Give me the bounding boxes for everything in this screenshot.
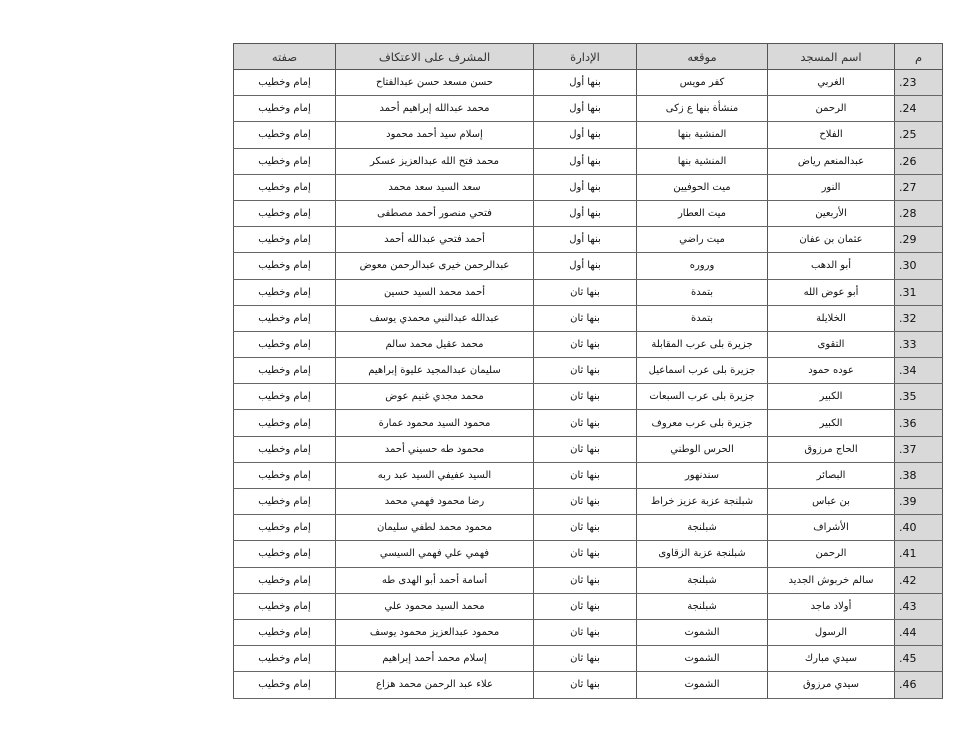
table-row: إمام وخطيبعلاء عبد الرحمن محمد هزاعبنها … [234, 672, 943, 698]
cell-mosque: أولاد ماجد [768, 593, 895, 619]
cell-location: جزيرة بلى عرب اسماعيل [637, 358, 768, 384]
cell-mosque: الكبير [768, 410, 895, 436]
cell-role: إمام وخطيب [234, 462, 336, 488]
cell-role: إمام وخطيب [234, 174, 336, 200]
cell-mosque: أبو عوض الله [768, 279, 895, 305]
cell-supervisor: عبدالله عبدالنبي محمدي يوسف [336, 305, 534, 331]
cell-num: .37 [895, 436, 943, 462]
cell-supervisor: سعد السيد سعد محمد [336, 174, 534, 200]
cell-num: .39 [895, 489, 943, 515]
cell-mosque: سيدي مرزوق [768, 672, 895, 698]
table-row: إمام وخطيبأحمد محمد السيد حسينبنها ثانبت… [234, 279, 943, 305]
table-row: إمام وخطيبمحمد فتح الله عبدالعزيز عسكربن… [234, 148, 943, 174]
table-row: إمام وخطيبإسلام سيد أحمد محمودبنها أولال… [234, 122, 943, 148]
cell-mosque: بن عباس [768, 489, 895, 515]
cell-administration: بنها ثان [534, 619, 637, 645]
table-row: إمام وخطيبسعد السيد سعد محمدبنها أولميت … [234, 174, 943, 200]
cell-administration: بنها ثان [534, 436, 637, 462]
cell-num: .34 [895, 358, 943, 384]
cell-num: .41 [895, 541, 943, 567]
cell-location: جزيرة بلى عرب المقابلة [637, 331, 768, 357]
cell-num: .29 [895, 227, 943, 253]
cell-location: جزيرة بلى عرب السبعات [637, 384, 768, 410]
mosques-table: صفته المشرف على الاعتكاف الإدارة موقعه ا… [233, 43, 943, 699]
cell-supervisor: رضا محمود فهمي محمد [336, 489, 534, 515]
cell-administration: بنها ثان [534, 279, 637, 305]
table-row: إمام وخطيبإسلام محمد أحمد إبراهيمبنها ثا… [234, 646, 943, 672]
cell-supervisor: محمد عقيل محمد سالم [336, 331, 534, 357]
cell-location: شبلنجة [637, 593, 768, 619]
cell-administration: بنها ثان [534, 567, 637, 593]
cell-role: إمام وخطيب [234, 515, 336, 541]
cell-administration: بنها ثان [534, 646, 637, 672]
cell-mosque: عثمان بن عفان [768, 227, 895, 253]
cell-num: .25 [895, 122, 943, 148]
cell-role: إمام وخطيب [234, 672, 336, 698]
cell-mosque: الفلاح [768, 122, 895, 148]
table-row: إمام وخطيبفهمي علي فهمي السيسيبنها ثانشب… [234, 541, 943, 567]
cell-role: إمام وخطيب [234, 122, 336, 148]
cell-num: .24 [895, 96, 943, 122]
cell-role: إمام وخطيب [234, 253, 336, 279]
cell-num: .42 [895, 567, 943, 593]
cell-location: المنشية بنها [637, 122, 768, 148]
header-supervisor: المشرف على الاعتكاف [336, 44, 534, 70]
cell-supervisor: السيد عفيفي السيد عبد ربه [336, 462, 534, 488]
header-row: صفته المشرف على الاعتكاف الإدارة موقعه ا… [234, 44, 943, 70]
cell-num: .36 [895, 410, 943, 436]
cell-location: شبلنجة عزبة الزقاوى [637, 541, 768, 567]
cell-administration: بنها ثان [534, 384, 637, 410]
cell-mosque: الكبير [768, 384, 895, 410]
cell-location: وروره [637, 253, 768, 279]
table-row: إمام وخطيبمحمد مجدي غنيم عوضبنها ثانجزير… [234, 384, 943, 410]
cell-supervisor: فهمي علي فهمي السيسي [336, 541, 534, 567]
cell-mosque: النور [768, 174, 895, 200]
cell-location: الشموت [637, 619, 768, 645]
cell-administration: بنها أول [534, 227, 637, 253]
cell-location: سندنهور [637, 462, 768, 488]
cell-mosque: الأربعين [768, 200, 895, 226]
cell-num: .46 [895, 672, 943, 698]
cell-num: .28 [895, 200, 943, 226]
cell-supervisor: فتحي منصور أحمد مصطفى [336, 200, 534, 226]
cell-mosque: التقوى [768, 331, 895, 357]
cell-num: .40 [895, 515, 943, 541]
cell-supervisor: محمد مجدي غنيم عوض [336, 384, 534, 410]
cell-mosque: سيدي مبارك [768, 646, 895, 672]
cell-supervisor: إسلام سيد أحمد محمود [336, 122, 534, 148]
cell-role: إمام وخطيب [234, 646, 336, 672]
table-row: إمام وخطيبمحمد عقيل محمد سالمبنها ثانجزي… [234, 331, 943, 357]
table-row: إمام وخطيبأحمد فتحي عبدالله أحمدبنها أول… [234, 227, 943, 253]
table-row: إمام وخطيبمحمود طه حسيني أحمدبنها ثانالح… [234, 436, 943, 462]
table-row: إمام وخطيبحسن مسعد حسن عبدالفتاحبنها أول… [234, 70, 943, 96]
cell-administration: بنها أول [534, 174, 637, 200]
table-body: إمام وخطيبحسن مسعد حسن عبدالفتاحبنها أول… [234, 70, 943, 699]
cell-mosque: الخلايلة [768, 305, 895, 331]
cell-num: .44 [895, 619, 943, 645]
cell-num: .35 [895, 384, 943, 410]
cell-mosque: عبدالمنعم رياض [768, 148, 895, 174]
table-row: إمام وخطيبفتحي منصور أحمد مصطفىبنها أولم… [234, 200, 943, 226]
header-num: م [895, 44, 943, 70]
cell-mosque: أبو الدهب [768, 253, 895, 279]
cell-mosque: البصائر [768, 462, 895, 488]
table-row: إمام وخطيبمحمد عبدالله إبراهيم أحمدبنها … [234, 96, 943, 122]
cell-supervisor: محمود عبدالعزيز محمود يوسف [336, 619, 534, 645]
cell-administration: بنها أول [534, 96, 637, 122]
cell-administration: بنها أول [534, 148, 637, 174]
cell-administration: بنها ثان [534, 410, 637, 436]
cell-role: إمام وخطيب [234, 200, 336, 226]
cell-num: .23 [895, 70, 943, 96]
cell-role: إمام وخطيب [234, 305, 336, 331]
cell-role: إمام وخطيب [234, 567, 336, 593]
cell-supervisor: محمد فتح الله عبدالعزيز عسكر [336, 148, 534, 174]
cell-location: شبلنجة [637, 567, 768, 593]
table-row: إمام وخطيبرضا محمود فهمي محمدبنها ثانشبل… [234, 489, 943, 515]
cell-administration: بنها أول [534, 200, 637, 226]
header-role: صفته [234, 44, 336, 70]
cell-location: ميت راضي [637, 227, 768, 253]
cell-supervisor: علاء عبد الرحمن محمد هزاع [336, 672, 534, 698]
cell-role: إمام وخطيب [234, 384, 336, 410]
cell-supervisor: محمود السيد محمود عمارة [336, 410, 534, 436]
cell-administration: بنها ثان [534, 358, 637, 384]
cell-num: .32 [895, 305, 943, 331]
cell-mosque: عوده حمود [768, 358, 895, 384]
table-row: إمام وخطيبمحمد السيد محمود عليبنها ثانشب… [234, 593, 943, 619]
cell-mosque: الرحمن [768, 541, 895, 567]
cell-location: شبلنجة عزبة عزيز خراط [637, 489, 768, 515]
header-mosque: اسم المسجد [768, 44, 895, 70]
cell-location: بتمدة [637, 305, 768, 331]
cell-administration: بنها أول [534, 122, 637, 148]
table-row: إمام وخطيبأسامة أحمد أبو الهدى طهبنها ثا… [234, 567, 943, 593]
table-row: إمام وخطيبسليمان عبدالمجيد عليوة إبراهيم… [234, 358, 943, 384]
cell-supervisor: أحمد محمد السيد حسين [336, 279, 534, 305]
cell-role: إمام وخطيب [234, 279, 336, 305]
table-row: إمام وخطيبالسيد عفيفي السيد عبد ربهبنها … [234, 462, 943, 488]
cell-num: .31 [895, 279, 943, 305]
cell-supervisor: محمد عبدالله إبراهيم أحمد [336, 96, 534, 122]
cell-role: إمام وخطيب [234, 358, 336, 384]
cell-supervisor: أحمد فتحي عبدالله أحمد [336, 227, 534, 253]
cell-supervisor: حسن مسعد حسن عبدالفتاح [336, 70, 534, 96]
cell-location: منشأة بنها ع زكى [637, 96, 768, 122]
cell-administration: بنها ثان [534, 305, 637, 331]
cell-role: إمام وخطيب [234, 70, 336, 96]
table-row: إمام وخطيبمحمود السيد محمود عمارةبنها ثا… [234, 410, 943, 436]
cell-location: جزيرة بلى عرب معروف [637, 410, 768, 436]
cell-administration: بنها ثان [534, 672, 637, 698]
cell-administration: بنها ثان [534, 541, 637, 567]
cell-role: إمام وخطيب [234, 148, 336, 174]
cell-num: .33 [895, 331, 943, 357]
cell-supervisor: عبدالرحمن خيرى عبدالرحمن معوض [336, 253, 534, 279]
cell-supervisor: محمود طه حسيني أحمد [336, 436, 534, 462]
cell-mosque: الأشراف [768, 515, 895, 541]
cell-mosque: الرسول [768, 619, 895, 645]
cell-administration: بنها ثان [534, 462, 637, 488]
cell-role: إمام وخطيب [234, 96, 336, 122]
cell-location: الحرس الوطني [637, 436, 768, 462]
cell-mosque: الحاج مرزوق [768, 436, 895, 462]
cell-mosque: الرحمن [768, 96, 895, 122]
cell-supervisor: محمود محمد لطفي سليمان [336, 515, 534, 541]
cell-role: إمام وخطيب [234, 436, 336, 462]
cell-location: المنشية بنها [637, 148, 768, 174]
cell-location: ميت العطار [637, 200, 768, 226]
cell-administration: بنها ثان [534, 515, 637, 541]
cell-role: إمام وخطيب [234, 489, 336, 515]
cell-supervisor: أسامة أحمد أبو الهدى طه [336, 567, 534, 593]
header-administration: الإدارة [534, 44, 637, 70]
table-row: إمام وخطيبمحمود عبدالعزيز محمود يوسفبنها… [234, 619, 943, 645]
cell-role: إمام وخطيب [234, 227, 336, 253]
cell-administration: بنها أول [534, 70, 637, 96]
cell-location: الشموت [637, 672, 768, 698]
cell-administration: بنها ثان [534, 331, 637, 357]
cell-num: .43 [895, 593, 943, 619]
cell-role: إمام وخطيب [234, 410, 336, 436]
cell-supervisor: سليمان عبدالمجيد عليوة إبراهيم [336, 358, 534, 384]
cell-supervisor: محمد السيد محمود علي [336, 593, 534, 619]
cell-mosque: الغربي [768, 70, 895, 96]
cell-role: إمام وخطيب [234, 619, 336, 645]
table-row: إمام وخطيبعبدالله عبدالنبي محمدي يوسفبنه… [234, 305, 943, 331]
cell-administration: بنها ثان [534, 593, 637, 619]
cell-location: شبلنجة [637, 515, 768, 541]
cell-location: الشموت [637, 646, 768, 672]
cell-administration: بنها أول [534, 253, 637, 279]
table-row: إمام وخطيبمحمود محمد لطفي سليمانبنها ثان… [234, 515, 943, 541]
cell-location: ميت الحوفيين [637, 174, 768, 200]
cell-num: .38 [895, 462, 943, 488]
cell-num: .27 [895, 174, 943, 200]
cell-mosque: سالم خربوش الجديد [768, 567, 895, 593]
header-location: موقعه [637, 44, 768, 70]
cell-num: .30 [895, 253, 943, 279]
cell-location: كفر مويس [637, 70, 768, 96]
table-row: إمام وخطيبعبدالرحمن خيرى عبدالرحمن معوضب… [234, 253, 943, 279]
cell-role: إمام وخطيب [234, 541, 336, 567]
cell-location: بتمدة [637, 279, 768, 305]
cell-num: .26 [895, 148, 943, 174]
cell-role: إمام وخطيب [234, 331, 336, 357]
cell-supervisor: إسلام محمد أحمد إبراهيم [336, 646, 534, 672]
cell-num: .45 [895, 646, 943, 672]
cell-administration: بنها ثان [534, 489, 637, 515]
cell-role: إمام وخطيب [234, 593, 336, 619]
